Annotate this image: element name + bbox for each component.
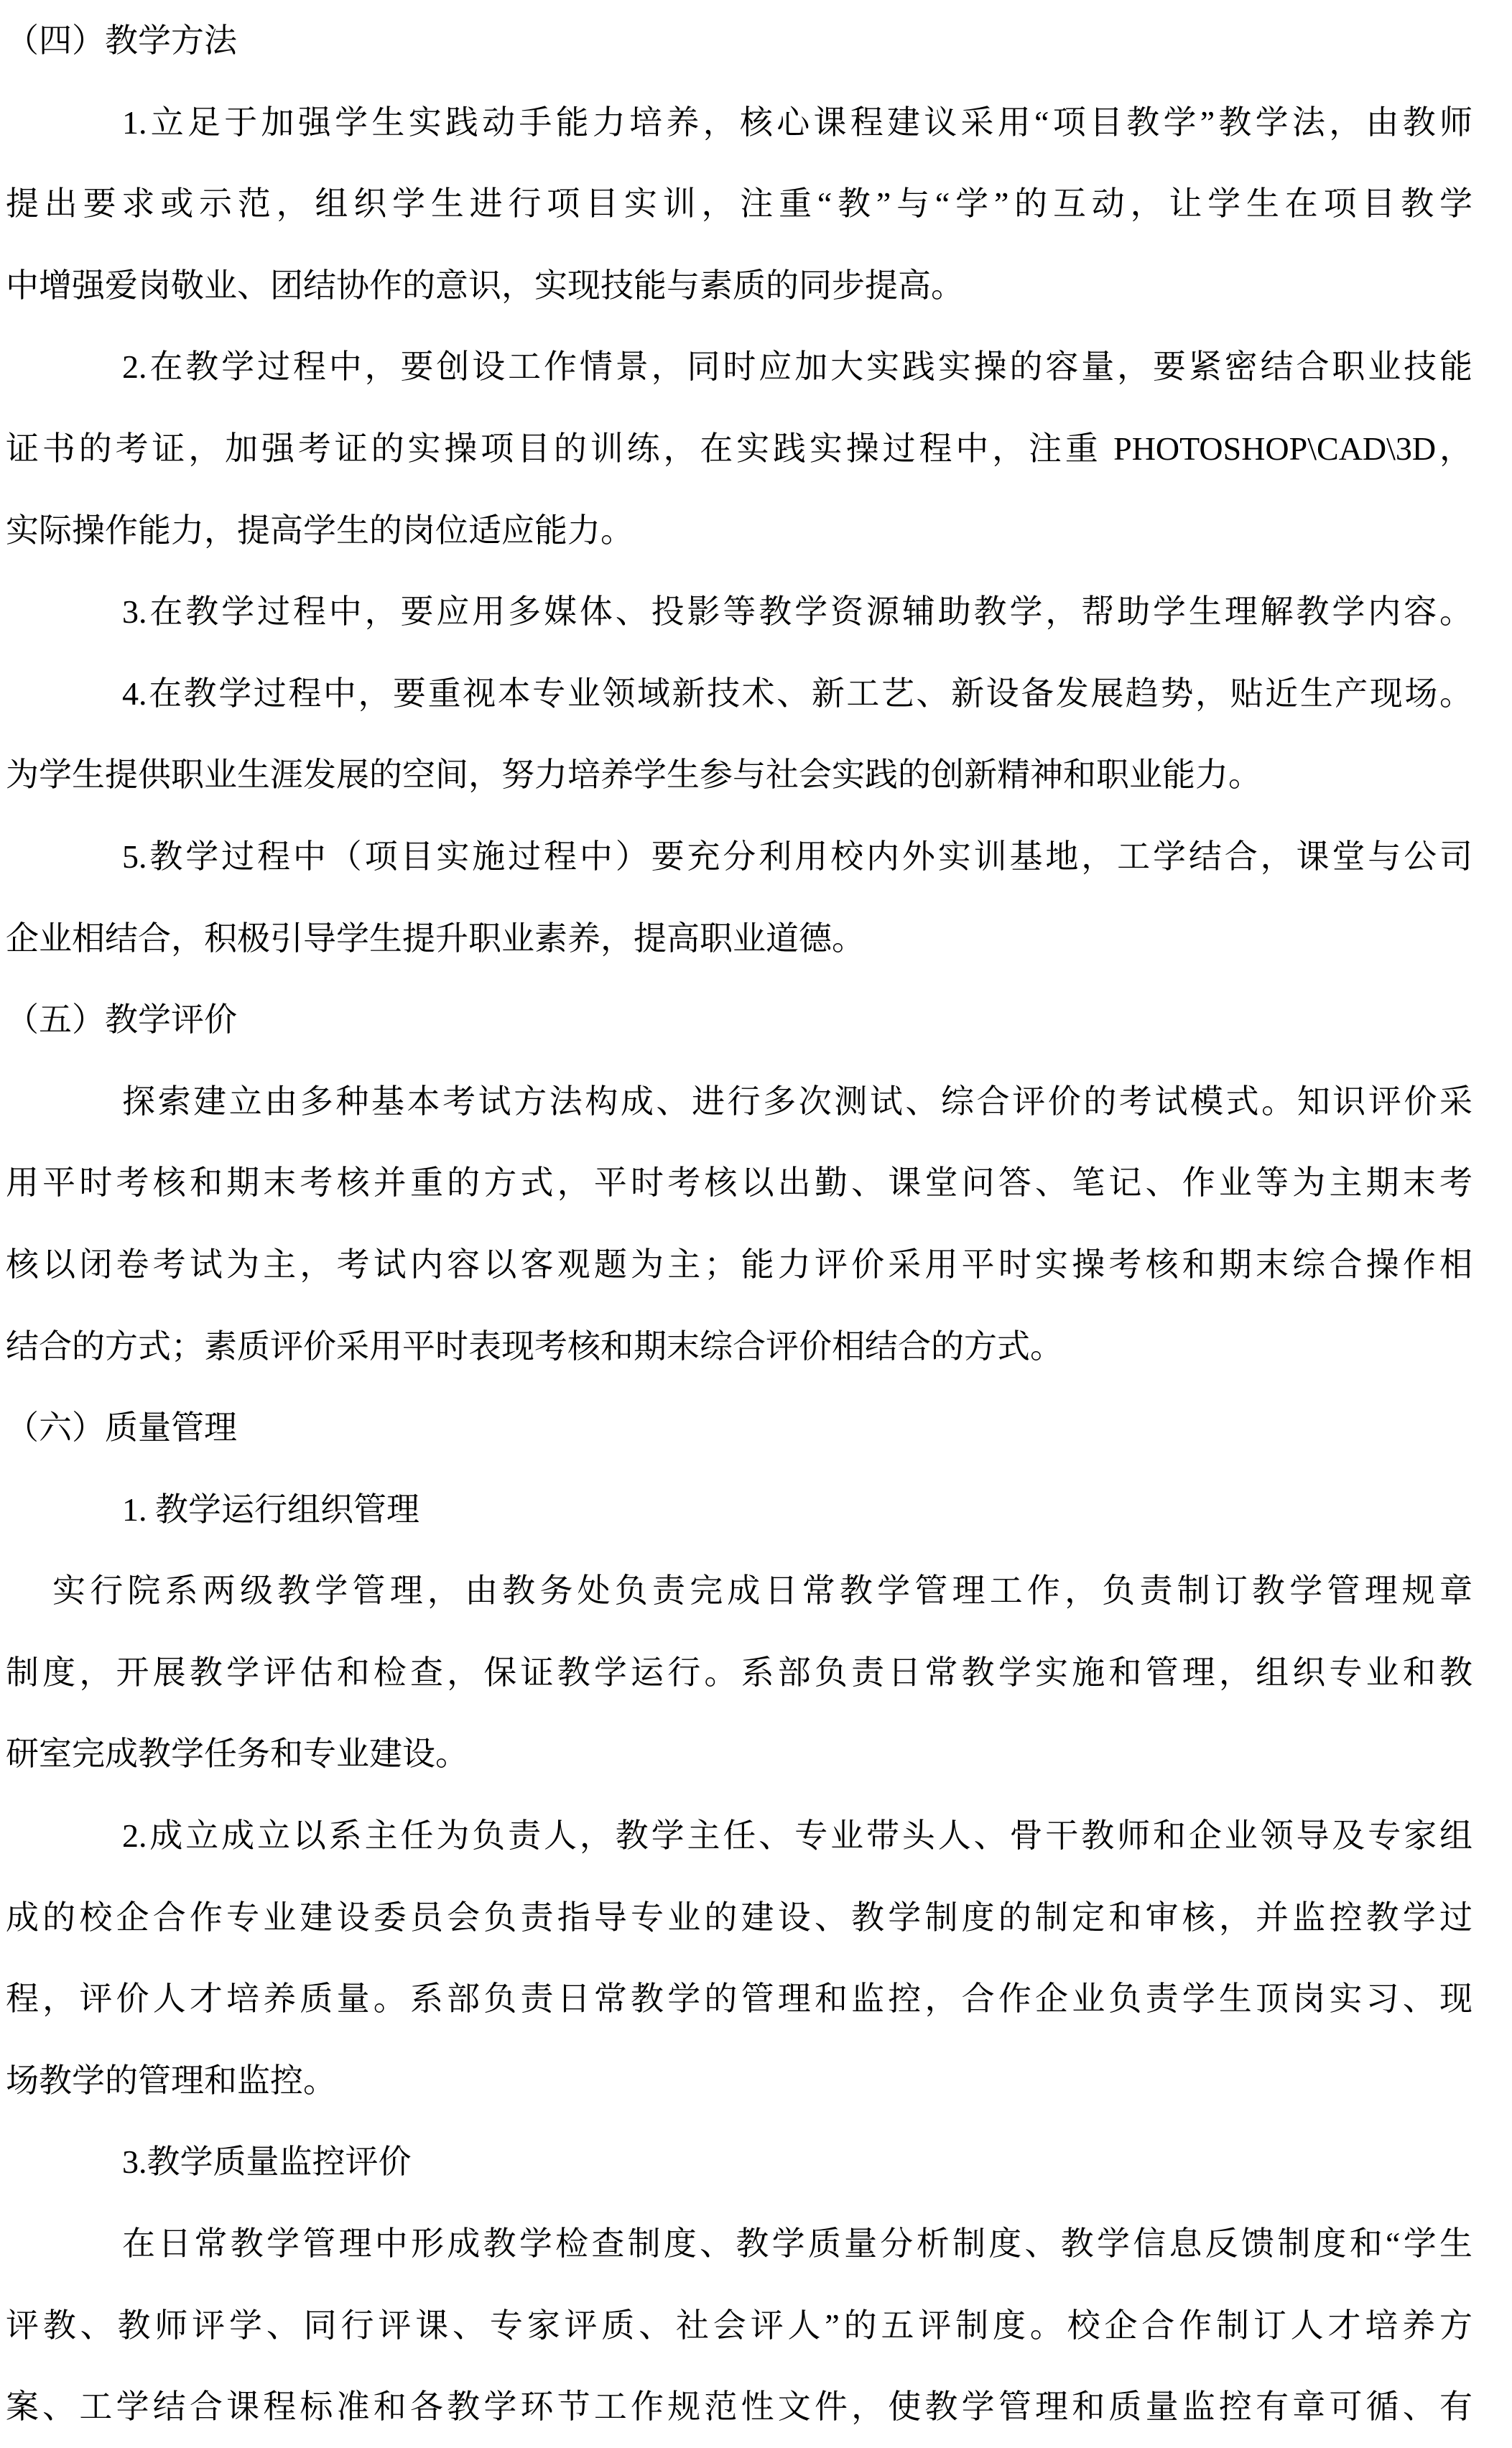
paragraph-line: 企业相结合，积极引导学生提升职业素养，提高职业道德。	[6, 898, 1472, 980]
document-body: （四）教学方法1.立足于加强学生实践动手能力培养，核心课程建议采用“项目教学”教…	[6, 0, 1472, 2448]
paragraph-line: 场教学的管理和监控。	[6, 2040, 1472, 2122]
section-heading: （五）教学评价	[6, 979, 1472, 1061]
paragraph-line: 2.在教学过程中，要创设工作情景，同时应加大实践实操的容量，要紧密结合职业技能	[6, 326, 1472, 408]
paragraph-line: 探索建立由多种基本考试方法构成、进行多次测试、综合评价的考试模式。知识评价采	[6, 1061, 1472, 1143]
paragraph-line: 核以闭卷考试为主，考试内容以客观题为主；能力评价采用平时实操考核和期末综合操作相	[6, 1224, 1472, 1306]
paragraph-line: 用平时考核和期末考核并重的方式，平时考核以出勤、课堂问答、笔记、作业等为主期末考	[6, 1142, 1472, 1224]
paragraph-line: 评教、教师评学、同行评课、专家评质、社会评人”的五评制度。校企合作制订人才培养方	[6, 2285, 1472, 2367]
paragraph-line: 证书的考证，加强考证的实操项目的训练，在实践实操过程中，注重 PHOTOSHOP…	[6, 408, 1472, 490]
paragraph-line: 实际操作能力，提高学生的岗位适应能力。	[6, 490, 1472, 572]
paragraph-line: 中增强爱岗敬业、团结协作的意识，实现技能与素质的同步提高。	[6, 245, 1472, 327]
paragraph-line: 实行院系两级教学管理，由教务处负责完成日常教学管理工作，负责制订教学管理规章	[6, 1550, 1472, 1632]
paragraph-line: 研室完成教学任务和专业建设。	[6, 1713, 1472, 1795]
paragraph-line: 成的校企合作专业建设委员会负责指导专业的建设、教学制度的制定和审核，并监控教学过	[6, 1877, 1472, 1959]
paragraph-line: 4.在教学过程中，要重视本专业领域新技术、新工艺、新设备发展趋势，贴近生产现场。	[6, 653, 1472, 735]
numbered-subheading: 1. 教学运行组织管理	[6, 1469, 1472, 1551]
paragraph-line: 制度，开展教学评估和检查，保证教学运行。系部负责日常教学实施和管理，组织专业和教	[6, 1632, 1472, 1714]
paragraph-line: 案、工学结合课程标准和各教学环节工作规范性文件，使教学管理和质量监控有章可循、有	[6, 2366, 1472, 2448]
paragraph-line: 提出要求或示范，组织学生进行项目实训，注重“教”与“学”的互动，让学生在项目教学	[6, 163, 1472, 245]
numbered-subheading: 3.教学质量监控评价	[6, 2121, 1472, 2203]
paragraph-line: 1.立足于加强学生实践动手能力培养，核心课程建议采用“项目教学”教学法，由教师	[6, 82, 1472, 164]
section-heading: （六）质量管理	[6, 1387, 1472, 1469]
section-heading: （四）教学方法	[6, 0, 1472, 82]
paragraph-line: 3.在教学过程中，要应用多媒体、投影等教学资源辅助教学，帮助学生理解教学内容。	[6, 571, 1472, 653]
paragraph-line: 程，评价人才培养质量。系部负责日常教学的管理和监控，合作企业负责学生顶岗实习、现	[6, 1958, 1472, 2040]
paragraph-line: 结合的方式；素质评价采用平时表现考核和期末综合评价相结合的方式。	[6, 1306, 1472, 1388]
paragraph-line: 在日常教学管理中形成教学检查制度、教学质量分析制度、教学信息反馈制度和“学生	[6, 2203, 1472, 2285]
paragraph-line: 2.成立成立以系主任为负责人，教学主任、专业带头人、骨干教师和企业领导及专家组	[6, 1795, 1472, 1877]
document-page: （四）教学方法1.立足于加强学生实践动手能力培养，核心课程建议采用“项目教学”教…	[0, 0, 1512, 2448]
paragraph-line: 为学生提供职业生涯发展的空间，努力培养学生参与社会实践的创新精神和职业能力。	[6, 734, 1472, 816]
paragraph-line: 5.教学过程中（项目实施过程中）要充分利用校内外实训基地，工学结合，课堂与公司	[6, 816, 1472, 898]
